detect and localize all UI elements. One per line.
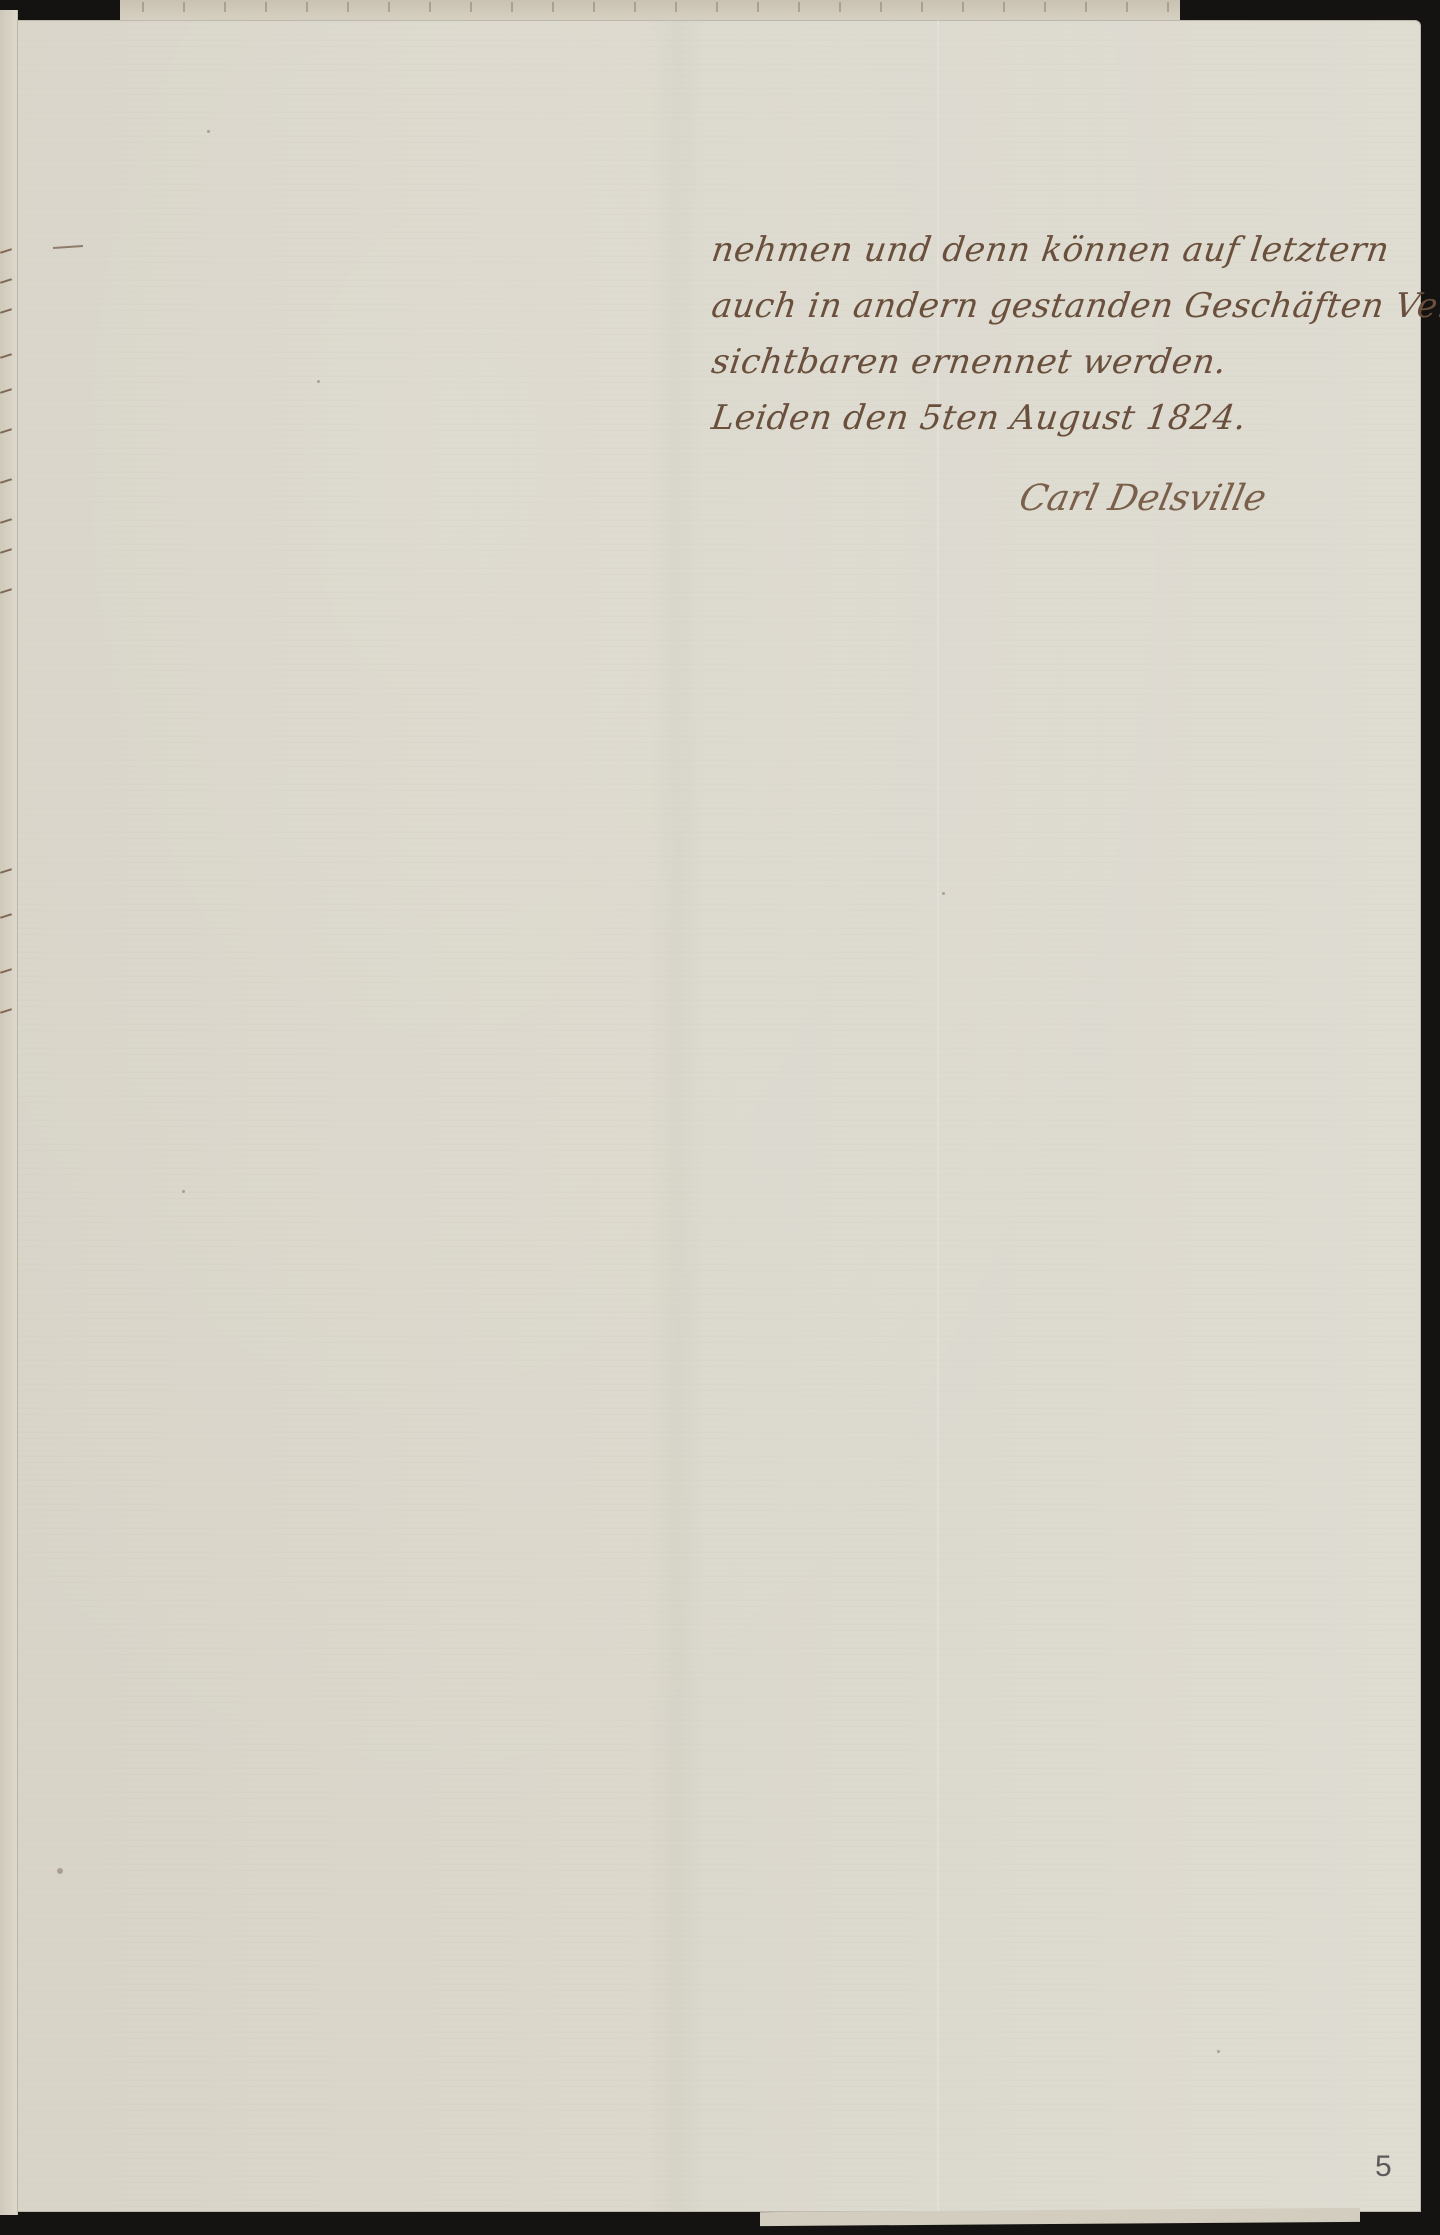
- paper-speck: [942, 892, 945, 895]
- margin-ink-mark: [0, 518, 12, 524]
- text-line-1: nehmen und denn können auf letztern: [708, 222, 1436, 278]
- paper-speck: [207, 130, 210, 133]
- text-line-3: sichtbaren ernennet werden.: [708, 334, 1436, 390]
- stray-ink-stroke: [53, 245, 83, 249]
- paper-speck: [57, 1868, 63, 1874]
- text-line-2: auch in andern gestanden Geschäften Ver-: [708, 278, 1436, 334]
- previous-page-edge: [0, 10, 18, 2215]
- margin-ink-mark: [0, 868, 12, 874]
- margin-ink-mark: [0, 1008, 12, 1014]
- margin-ink-mark: [0, 308, 12, 314]
- margin-ink-mark: [0, 478, 12, 484]
- margin-ink-mark: [0, 588, 12, 594]
- handwritten-text: nehmen und denn können auf letztern auch…: [708, 222, 1428, 446]
- underlying-sheet-top-edge: [120, 0, 1180, 21]
- paper-speck: [182, 1190, 185, 1193]
- paper-speck: [1217, 2050, 1220, 2053]
- paper-speck: [317, 380, 320, 383]
- dateline: Leiden den 5ten August 1824.: [708, 390, 1436, 446]
- margin-ink-mark: [0, 548, 12, 554]
- signature: Carl Delsville: [1016, 478, 1270, 519]
- margin-ink-mark: [0, 248, 12, 254]
- margin-ink-mark: [0, 428, 12, 434]
- page-number: 5: [1375, 2150, 1392, 2184]
- margin-ink-mark: [0, 913, 12, 919]
- margin-ink-mark: [0, 353, 12, 359]
- margin-ink-mark: [0, 968, 12, 974]
- margin-ink-mark: [0, 388, 12, 394]
- margin-ink-mark: [0, 278, 12, 284]
- underlying-sheet-handwriting: [120, 2, 1180, 12]
